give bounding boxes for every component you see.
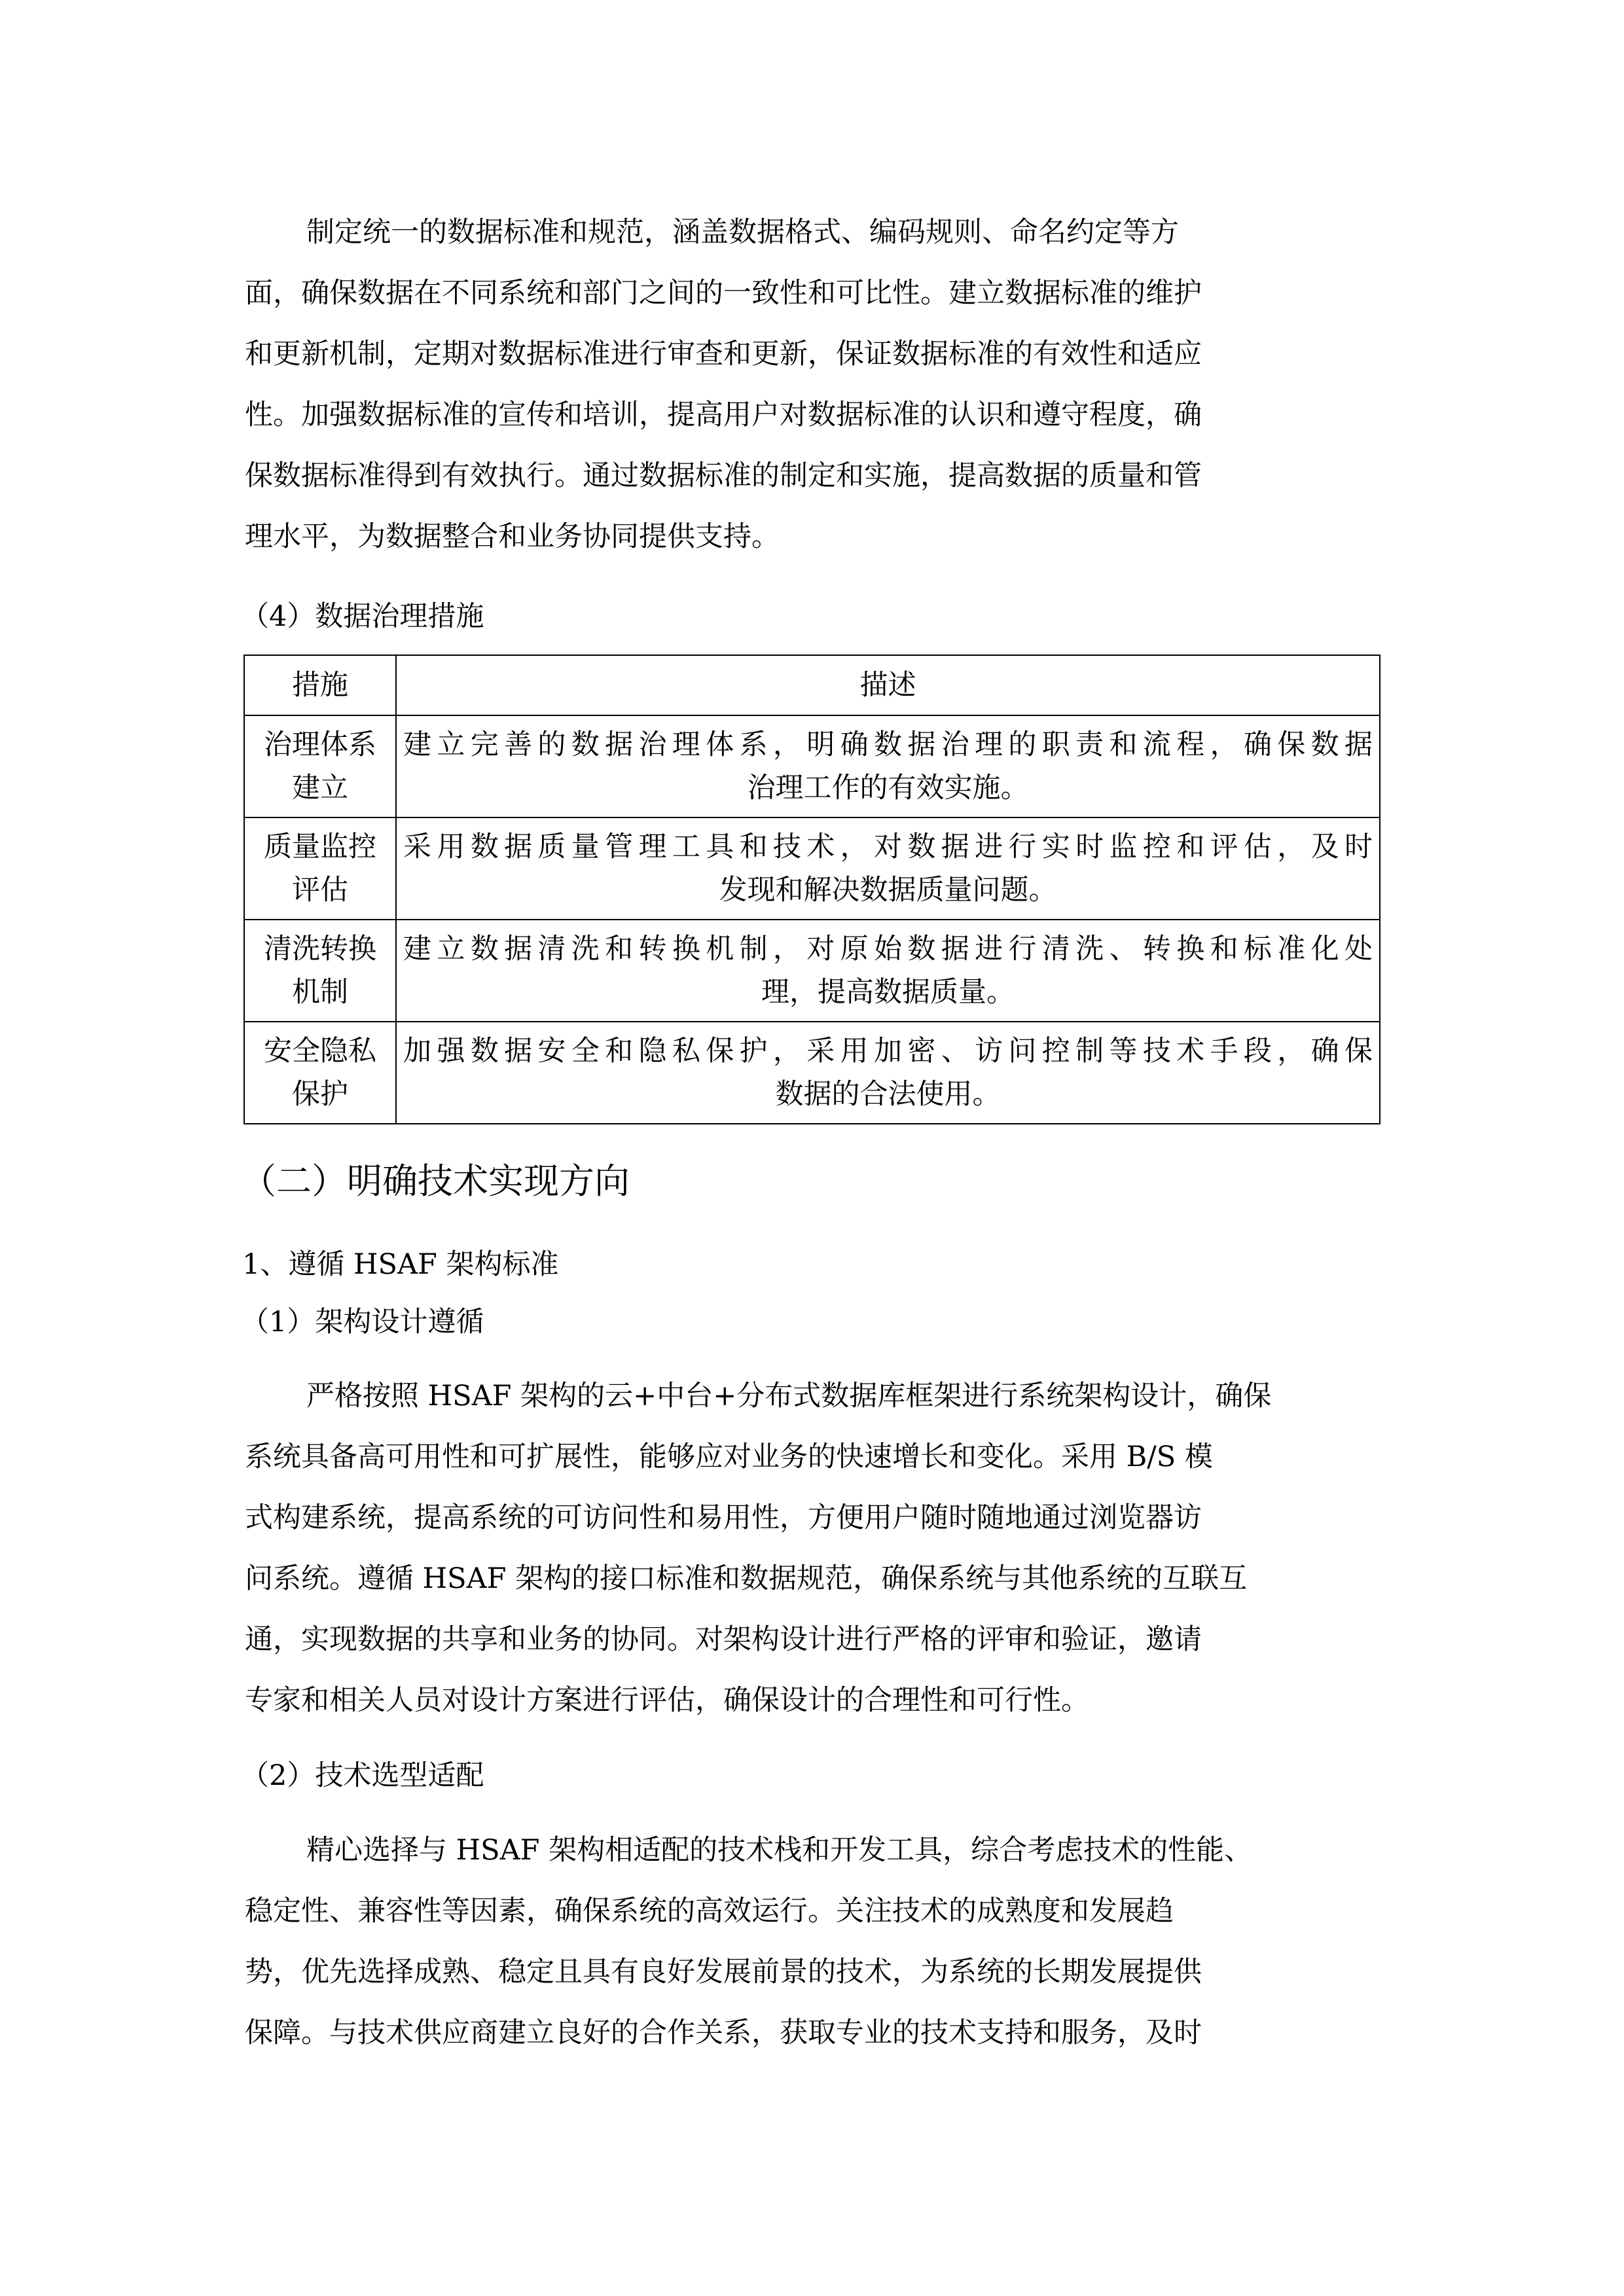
description-line: 数据的合法使用。 xyxy=(403,1073,1373,1116)
measure-cell: 质量监控 评估 xyxy=(244,817,396,920)
paragraph-line: 性。加强数据标准的宣传和培训，提高用户对数据标准的认识和遵守程度，确 xyxy=(245,395,1202,435)
description-line: 加强数据安全和隐私保护，采用加密、访问控制等技术手段，确保 xyxy=(403,1030,1373,1073)
paragraph-line: 稳定性、兼容性等因素，确保系统的高效运行。关注技术的成熟度和发展趋 xyxy=(245,1892,1174,1931)
measure-cell: 安全隐私 保护 xyxy=(244,1022,396,1124)
description-line: 治理工作的有效实施。 xyxy=(403,766,1373,810)
governance-measures-table: 措施 描述 治理体系 建立 建立完善的数据治理体系，明确数据治理的职责和流程，确… xyxy=(244,655,1380,1124)
paragraph-line: 专家和相关人员对设计方案进行评估，确保设计的合理性和可行性。 xyxy=(245,1681,1089,1720)
paragraph-line: 保障。与技术供应商建立良好的合作关系，获取专业的技术支持和服务，及时 xyxy=(245,2013,1202,2053)
paragraph-line: 和更新机制，定期对数据标准进行审查和更新，保证数据标准的有效性和适应 xyxy=(245,334,1202,374)
paragraph-line: 制定统一的数据标准和规范，涵盖数据格式、编码规则、命名约定等方 xyxy=(306,213,1179,252)
description-cell: 加强数据安全和隐私保护，采用加密、访问控制等技术手段，确保 数据的合法使用。 xyxy=(396,1022,1380,1124)
table-row: 清洗转换 机制 建立数据清洗和转换机制，对原始数据进行清洗、转换和标准化处 理，… xyxy=(244,920,1380,1022)
paragraph-line: 系统具备高可用性和可扩展性，能够应对业务的快速增长和变化。采用 B/S 模 xyxy=(245,1437,1213,1477)
measure-line: 治理体系 xyxy=(251,723,389,766)
description-cell: 建立数据清洗和转换机制，对原始数据进行清洗、转换和标准化处 理，提高数据质量。 xyxy=(396,920,1380,1022)
paragraph-line: 通，实现数据的共享和业务的协同。对架构设计进行严格的评审和验证，邀请 xyxy=(245,1620,1202,1659)
item-title-tech-selection: （2）技术选型适配 xyxy=(241,1756,484,1795)
section-title-tech-direction: （二）明确技术实现方向 xyxy=(241,1158,630,1204)
measure-line: 评估 xyxy=(251,869,389,912)
measure-cell: 治理体系 建立 xyxy=(244,715,396,817)
subsection-title-hsaf: 1、遵循 HSAF 架构标准 xyxy=(242,1245,559,1284)
item-title-architecture-design: （1）架构设计遵循 xyxy=(241,1302,484,1342)
description-line: 理，提高数据质量。 xyxy=(403,971,1373,1014)
paragraph-line: 保数据标准得到有效执行。通过数据标准的制定和实施，提高数据的质量和管 xyxy=(245,456,1202,495)
paragraph-line: 理水平，为数据整合和业务协同提供支持。 xyxy=(245,517,780,556)
description-line: 采用数据质量管理工具和技术，对数据进行实时监控和评估，及时 xyxy=(403,825,1373,869)
paragraph-line: 问系统。遵循 HSAF 架构的接口标准和数据规范，确保系统与其他系统的互联互 xyxy=(245,1559,1247,1598)
measure-cell: 清洗转换 机制 xyxy=(244,920,396,1022)
measure-line: 建立 xyxy=(251,766,389,810)
paragraph-line: 势，优先选择成熟、稳定且具有良好发展前景的技术，为系统的长期发展提供 xyxy=(245,1952,1202,1992)
table-header-row: 措施 描述 xyxy=(244,655,1380,715)
table-row: 质量监控 评估 采用数据质量管理工具和技术，对数据进行实时监控和评估，及时 发现… xyxy=(244,817,1380,920)
paragraph-line: 式构建系统，提高系统的可访问性和易用性，方便用户随时随地通过浏览器访 xyxy=(245,1498,1202,1537)
measure-line: 安全隐私 xyxy=(251,1030,389,1073)
measure-line: 清洗转换 xyxy=(251,927,389,971)
column-header-measure: 措施 xyxy=(244,655,396,715)
paragraph-line: 严格按照 HSAF 架构的云+中台+分布式数据库框架进行系统架构设计，确保 xyxy=(306,1376,1271,1416)
description-line: 发现和解决数据质量问题。 xyxy=(403,869,1373,912)
section-title-data-governance: （4）数据治理措施 xyxy=(241,597,484,636)
measure-line: 机制 xyxy=(251,971,389,1014)
measure-line: 质量监控 xyxy=(251,825,389,869)
description-cell: 采用数据质量管理工具和技术，对数据进行实时监控和评估，及时 发现和解决数据质量问… xyxy=(396,817,1380,920)
table-row: 治理体系 建立 建立完善的数据治理体系，明确数据治理的职责和流程，确保数据 治理… xyxy=(244,715,1380,817)
table-row: 安全隐私 保护 加强数据安全和隐私保护，采用加密、访问控制等技术手段，确保 数据… xyxy=(244,1022,1380,1124)
paragraph-line: 面，确保数据在不同系统和部门之间的一致性和可比性。建立数据标准的维护 xyxy=(245,274,1202,313)
measure-line: 保护 xyxy=(251,1073,389,1116)
description-line: 建立数据清洗和转换机制，对原始数据进行清洗、转换和标准化处 xyxy=(403,927,1373,971)
description-cell: 建立完善的数据治理体系，明确数据治理的职责和流程，确保数据 治理工作的有效实施。 xyxy=(396,715,1380,817)
paragraph-line: 精心选择与 HSAF 架构相适配的技术栈和开发工具，综合考虑技术的性能、 xyxy=(306,1831,1252,1870)
column-header-description: 描述 xyxy=(396,655,1380,715)
description-line: 建立完善的数据治理体系，明确数据治理的职责和流程，确保数据 xyxy=(403,723,1373,766)
